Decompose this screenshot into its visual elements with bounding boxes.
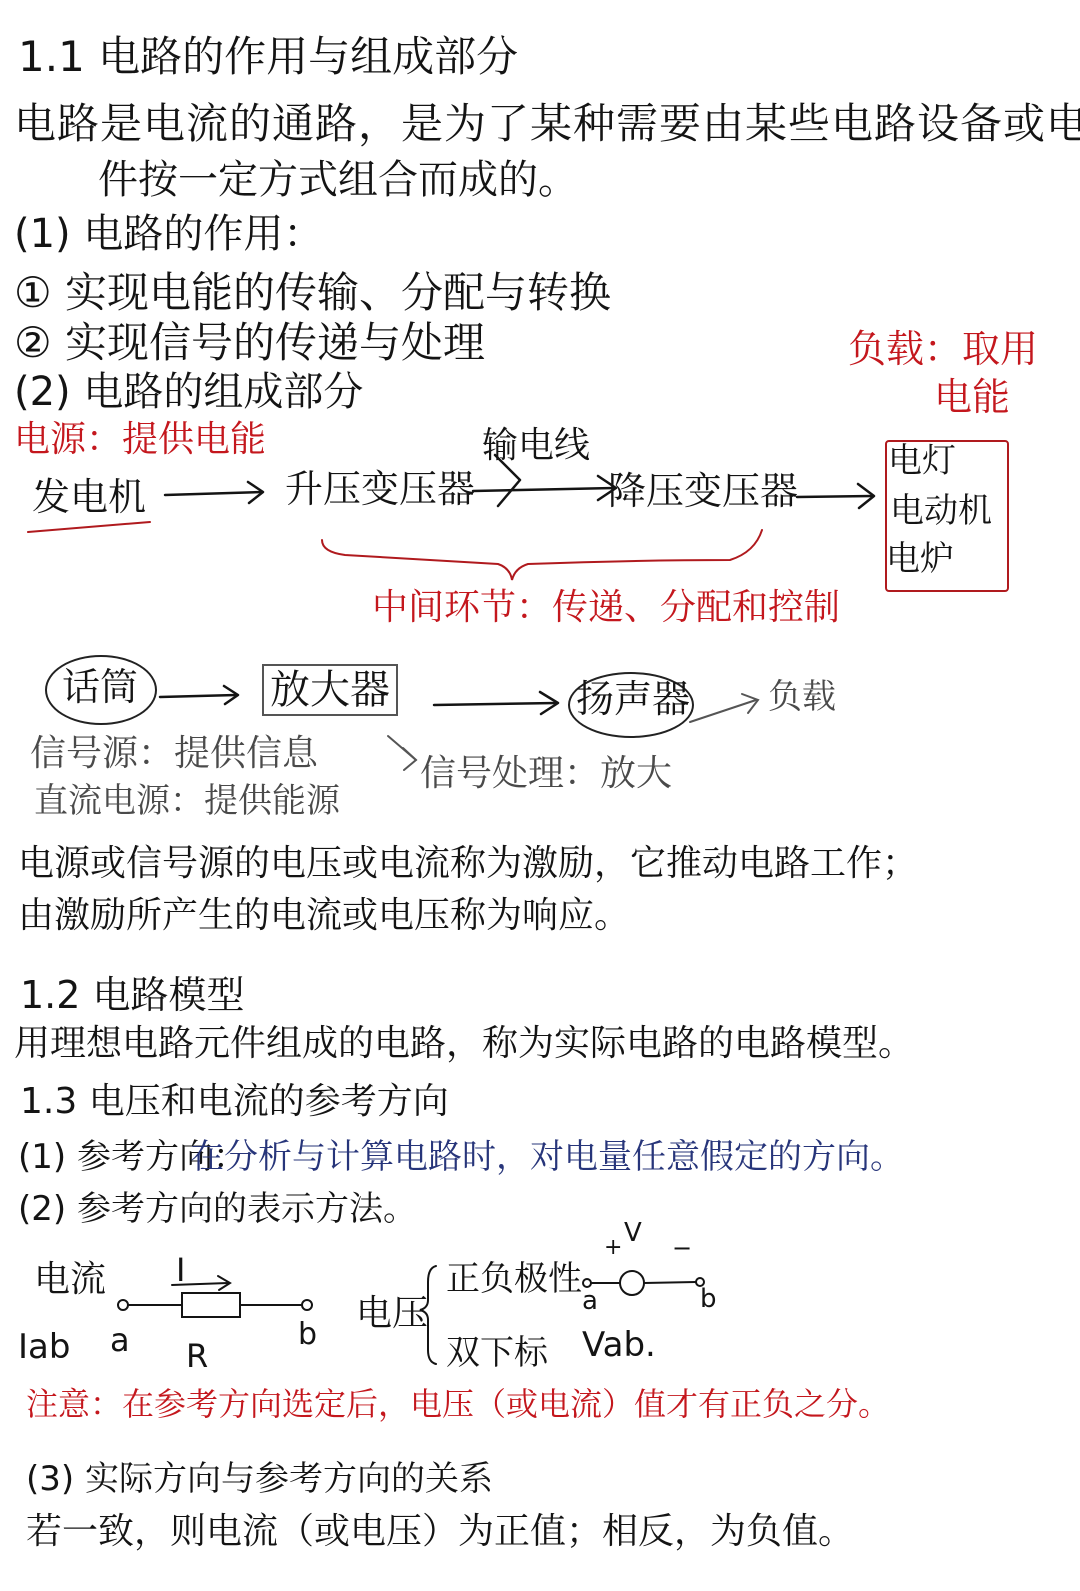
- voltage-node-b: b: [700, 1286, 717, 1312]
- generator-underline: [28, 522, 150, 532]
- circuit-definition-line2: 件按一定方式组合而成的。: [98, 160, 578, 200]
- signal-processing-note: 信号处理：放大: [420, 756, 672, 792]
- arrow-icon: [473, 476, 616, 500]
- voltage-symbol: V: [624, 1220, 642, 1246]
- relation-heading: (3) 实际方向与参考方向的关系: [26, 1462, 493, 1496]
- representation-heading: (2) 参考方向的表示方法。: [18, 1192, 417, 1226]
- load-note-line2: 电能: [934, 378, 1010, 416]
- signal-load-label: 负载: [768, 680, 836, 714]
- step-down-transformer-label: 降压变压器: [608, 472, 798, 510]
- step-up-transformer-label: 升压变压器: [285, 470, 475, 508]
- voltage-subscript-label: Vab.: [582, 1328, 656, 1362]
- section-1-3-heading: 1.3 电压和电流的参考方向: [20, 1084, 449, 1120]
- middle-link-note: 中间环节：传递、分配和控制: [372, 590, 840, 626]
- load-item-motor: 电动机: [890, 494, 992, 528]
- voltage-minus-sign: −: [672, 1236, 692, 1260]
- middle-link-brace: [322, 530, 762, 580]
- speaker-label: 扬声器: [576, 680, 690, 718]
- reference-direction-definition: 在分析与计算电路时，对电量任意假定的方向。: [190, 1140, 904, 1174]
- voltage-method-polarity: 正负极性: [446, 1262, 582, 1296]
- dc-source-note: 直流电源：提供能源: [34, 784, 340, 818]
- terminal-b: [302, 1300, 312, 1310]
- current-label: 电流: [34, 1262, 106, 1298]
- current-symbol: I: [176, 1254, 185, 1286]
- transmission-line-label: 输电线: [482, 428, 590, 464]
- terminal-a: [118, 1300, 128, 1310]
- current-node-b: b: [298, 1320, 317, 1350]
- sign-note: 注意：在参考方向选定后，电压（或电流）值才有正负之分。: [26, 1388, 890, 1420]
- function-item-1: ① 实现电能的传输、分配与转换: [14, 272, 611, 314]
- arrow-icon: [160, 686, 238, 704]
- composition-heading: (2) 电路的组成部分: [14, 372, 363, 412]
- current-circuit: [118, 1276, 312, 1317]
- section-1-2-heading: 1.2 电路模型: [20, 976, 245, 1014]
- load-item-furnace: 电炉: [886, 542, 954, 576]
- circuit-definition-line1: 电路是电流的通路，是为了某种需要由某些电路设备或电路元器: [14, 103, 1080, 145]
- arrow-icon: [690, 694, 758, 722]
- voltage-label: 电压: [356, 1296, 428, 1332]
- arrow-icon: [165, 482, 263, 503]
- arrow-icon: [434, 692, 558, 714]
- voltage-plus-sign: +: [604, 1237, 622, 1259]
- current-subscript-label: Iab: [18, 1330, 70, 1364]
- functions-heading: (1) 电路的作用：: [14, 214, 323, 254]
- arrow-icon: [797, 484, 874, 508]
- microphone-label: 话筒: [62, 668, 138, 706]
- section-1-1-heading: 1.1 电路的作用与组成部分: [18, 36, 518, 78]
- amplifier-box: 放大器: [262, 664, 398, 716]
- generator-label: 发电机: [32, 478, 146, 516]
- resistor-icon: [182, 1293, 240, 1317]
- resistor-label: R: [186, 1340, 208, 1372]
- voltage-node-a: a: [582, 1288, 598, 1314]
- excitation-line1: 电源或信号源的电压或电流称为激励，它推动电路工作；: [18, 846, 918, 882]
- circuit-model-definition: 用理想电路元件组成的电路，称为实际电路的电路模型。: [14, 1026, 914, 1062]
- load-item-lamp: 电灯: [888, 444, 956, 478]
- load-note-line1: 负载：取用: [848, 330, 1038, 368]
- voltage-source-icon: [620, 1271, 644, 1295]
- function-item-2: ② 实现信号的传递与处理: [14, 322, 485, 364]
- excitation-line2: 由激励所产生的电流或电压称为响应。: [18, 898, 630, 934]
- signal-source-note: 信号源：提供信息: [30, 736, 318, 772]
- current-node-a: a: [110, 1324, 130, 1356]
- relation-text: 若一致，则电流（或电压）为正值；相反，为负值。: [26, 1514, 854, 1550]
- voltage-method-double-subscript: 双下标: [446, 1336, 548, 1370]
- power-source-note: 电源：提供电能: [14, 422, 266, 458]
